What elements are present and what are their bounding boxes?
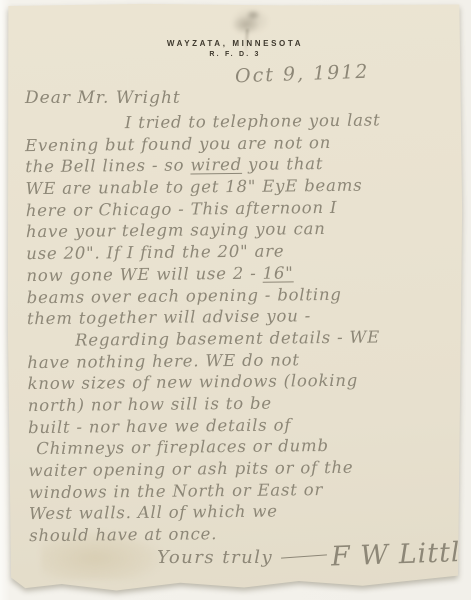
letter-date: Oct 9, 1912: [235, 61, 370, 88]
letterhead-rfd: R. F. D. 3: [7, 51, 463, 58]
line-segment: have your telegm saying you can: [26, 219, 326, 241]
line-segment: waiter opening or ash pits or of the: [28, 458, 353, 480]
signature: F W Little: [331, 536, 471, 572]
line-segment: you that: [242, 154, 323, 174]
line-segment: beams over each opening - bolting: [27, 284, 342, 306]
letter-paper-wrap: WAYZATA, MINNESOTA R. F. D. 3 Oct 9, 191…: [7, 3, 463, 594]
line-segment: windows in the North or East or: [29, 480, 324, 502]
line-segment: built - nor have we details of: [28, 415, 291, 437]
line-segment: have nothing here. WE do not: [27, 350, 300, 372]
line-segment: use 20". If I find the 20" are: [26, 242, 284, 264]
salutation: Dear Mr. Wright: [25, 88, 181, 108]
letterhead-city: WAYZATA, MINNESOTA: [7, 39, 463, 48]
line-segment: them together will advise you -: [27, 306, 311, 328]
line-segment: here or Chicago - This afternoon I: [26, 198, 338, 220]
letterhead: WAYZATA, MINNESOTA R. F. D. 3: [7, 39, 463, 58]
closing-text: Yours truly: [157, 547, 273, 568]
line-segment: WE are unable to get 18" EyE beams: [25, 176, 362, 199]
underlined-word: 16": [263, 263, 294, 282]
line-segment: the Bell lines - so: [25, 156, 190, 177]
line-segment: I tried to telephone you last: [125, 110, 381, 132]
line-segment: Regarding basement details - WE: [75, 327, 380, 349]
line-segment: now gone WE will use 2 -: [26, 264, 262, 285]
line-segment: north) nor how sill is to be: [28, 394, 272, 416]
signature-flourish: [281, 554, 327, 558]
letter-line: Regarding basement details - WE: [27, 326, 441, 352]
letter-body: I tried to telephone you lastEvening but…: [25, 109, 444, 547]
scan-background: WAYZATA, MINNESOTA R. F. D. 3 Oct 9, 191…: [0, 0, 471, 600]
line-segment: West walls. All of which we: [29, 502, 278, 524]
letter-line: I tried to telephone you last: [25, 109, 439, 135]
underlined-word: wired: [190, 155, 242, 175]
line-segment: Chimneys or fireplaces or dumb: [36, 436, 329, 458]
line-segment: Evening but found you are not on: [25, 133, 331, 155]
line-segment: know sizes of new windows (looking: [27, 371, 358, 393]
letter-paper: WAYZATA, MINNESOTA R. F. D. 3 Oct 9, 191…: [7, 3, 463, 594]
closing-row: Yours trulyF W Little: [157, 539, 471, 570]
